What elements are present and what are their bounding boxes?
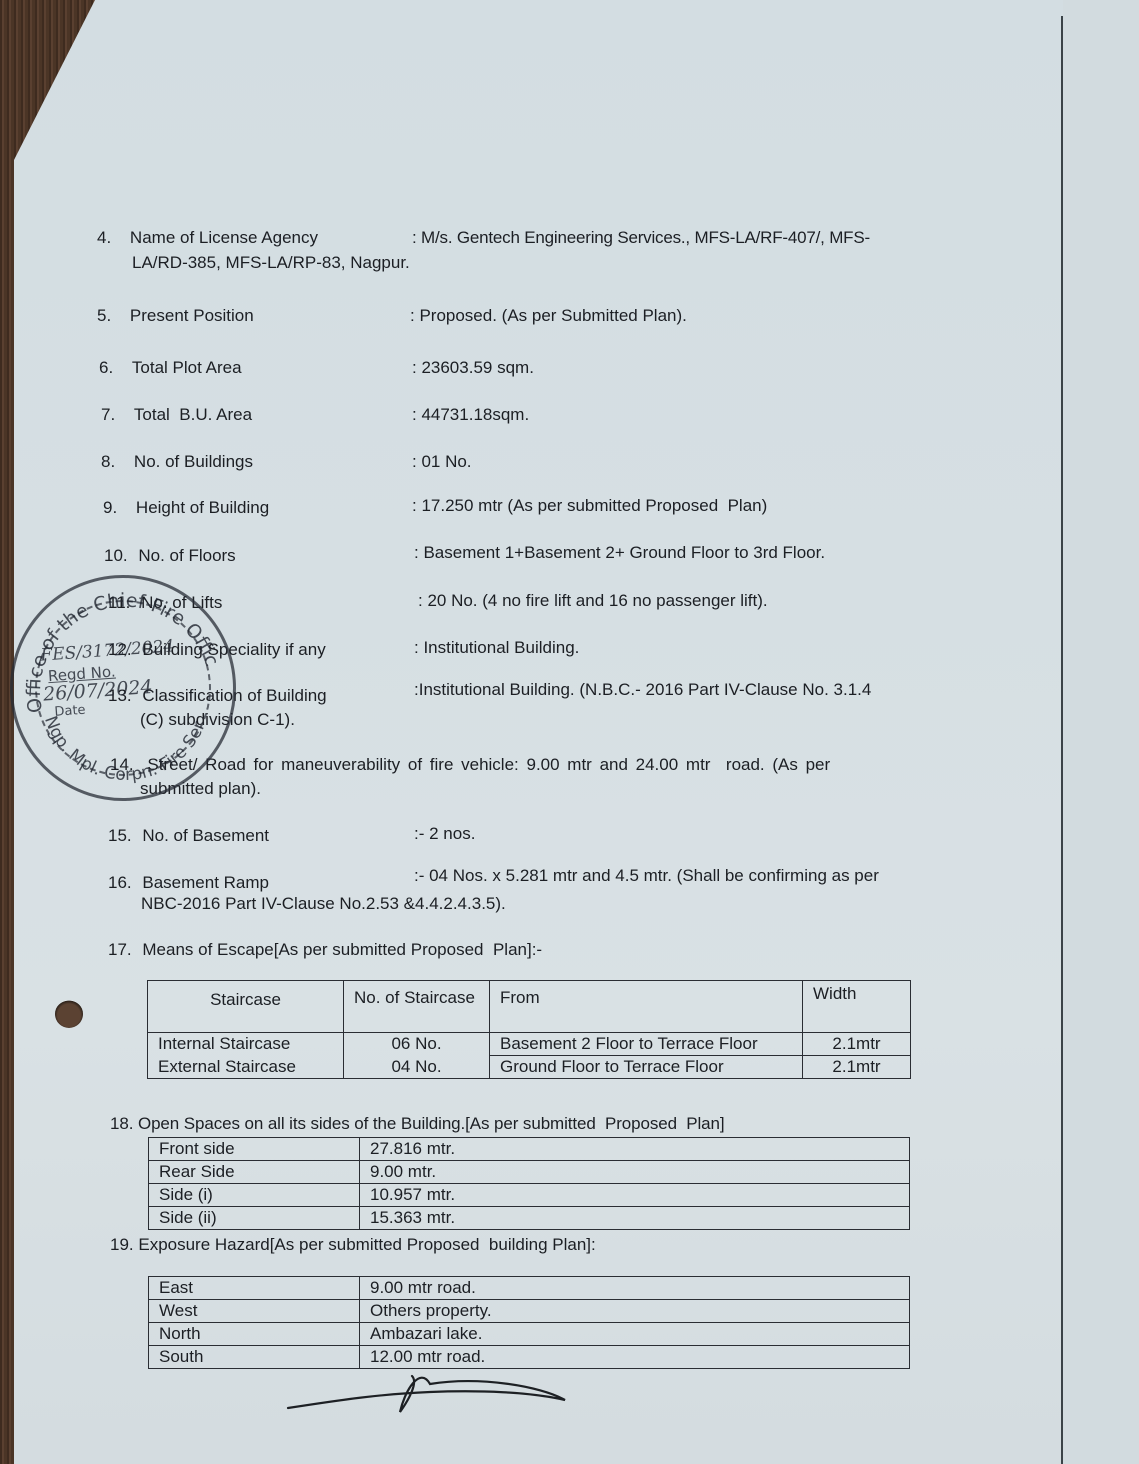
item-value: : 01 No.: [412, 452, 472, 472]
table-cell: 9.00 mtr.: [360, 1161, 910, 1184]
table-cell: 27.816 mtr.: [360, 1138, 910, 1161]
item-value: : 23603.59 sqm.: [412, 358, 534, 378]
table-row: North Ambazari lake.: [149, 1323, 910, 1346]
item-number: 8.: [101, 452, 115, 472]
item-license-agency: 4. Name of License Agency: [97, 228, 318, 248]
table-header: Staircase: [148, 981, 344, 1033]
item-label: Means of Escape[As per submitted Propose…: [142, 940, 542, 960]
table-row: Internal Staircase 06 No. Basement 2 Flo…: [148, 1033, 911, 1056]
table-cell: South: [149, 1346, 360, 1369]
item-value: : 20 No. (4 no fire lift and 16 no passe…: [418, 591, 768, 611]
stamp-date-label: Date: [54, 703, 86, 720]
table-header: From: [490, 981, 803, 1033]
table-cell: Others property.: [360, 1300, 910, 1323]
table-cell: East: [149, 1277, 360, 1300]
item-number: 9.: [103, 498, 117, 518]
item-label: Total B.U. Area: [134, 405, 252, 425]
table-cell: Side (i): [149, 1184, 360, 1207]
item-number: 17.: [108, 940, 132, 960]
table-cell: 15.363 mtr.: [360, 1207, 910, 1230]
item-no-of-floors: 10. No. of Floors: [104, 546, 236, 566]
table-cell: 2.1mtr: [803, 1033, 911, 1056]
item-value-continued: LA/RD-385, MFS-LA/RP-83, Nagpur.: [132, 253, 410, 273]
item-present-position: 5. Present Position: [97, 306, 254, 326]
exposure-hazard-heading: 19. Exposure Hazard[As per submitted Pro…: [110, 1235, 596, 1255]
item-label: No. of Basement: [142, 826, 269, 846]
item-height-of-building: 9. Height of Building: [103, 498, 269, 518]
item-number: 4.: [97, 228, 111, 248]
item-value: :Institutional Building. (N.B.C.- 2016 P…: [414, 680, 871, 700]
item-value: : Institutional Building.: [414, 638, 579, 658]
item-value: : Proposed. (As per Submitted Plan).: [410, 306, 687, 326]
table-header: Width: [803, 981, 911, 1033]
table-cell: Internal Staircase: [148, 1033, 344, 1056]
table-header: No. of Staircase: [344, 981, 490, 1033]
table-row: Side (i) 10.957 mtr.: [149, 1184, 910, 1207]
table-cell: 12.00 mtr road.: [360, 1346, 910, 1369]
item-total-bu-area: 7. Total B.U. Area: [101, 405, 252, 425]
item-number: 16.: [108, 873, 132, 893]
item-number: 10.: [104, 546, 128, 566]
item-total-plot-area: 6. Total Plot Area: [99, 358, 242, 378]
item-value-continued: NBC-2016 Part IV-Clause No.2.53 &4.4.2.4…: [141, 894, 506, 914]
item-value: : Basement 1+Basement 2+ Ground Floor to…: [414, 543, 825, 563]
table-cell: North: [149, 1323, 360, 1346]
table-cell: Front side: [149, 1138, 360, 1161]
item-label: Basement Ramp: [142, 873, 269, 893]
item-value: : 44731.18sqm.: [412, 405, 529, 425]
table-cell: 06 No.: [344, 1033, 490, 1056]
table-row: Side (ii) 15.363 mtr.: [149, 1207, 910, 1230]
item-no-of-basement: 15. No. of Basement: [108, 826, 269, 846]
table-cell: West: [149, 1300, 360, 1323]
table-cell: External Staircase: [148, 1056, 344, 1079]
item-no-of-buildings: 8. No. of Buildings: [101, 452, 253, 472]
item-label: Street/ Road for maneuverability of fire…: [147, 755, 830, 775]
item-label: Height of Building: [136, 498, 269, 518]
item-number: 6.: [99, 358, 113, 378]
exposure-hazard-table: East 9.00 mtr road. West Others property…: [148, 1276, 910, 1369]
table-row: External Staircase 04 No. Ground Floor t…: [148, 1056, 911, 1079]
item-label: No. of Floors: [138, 546, 235, 566]
item-number: 7.: [101, 405, 115, 425]
signature-icon: [280, 1370, 580, 1440]
item-number: 15.: [108, 826, 132, 846]
table-cell: 2.1mtr: [803, 1056, 911, 1079]
item-label: Total Plot Area: [132, 358, 242, 378]
item-value: :- 2 nos.: [414, 824, 475, 844]
item-value: : M/s. Gentech Engineering Services., MF…: [412, 228, 870, 248]
table-cell: 04 No.: [344, 1056, 490, 1079]
item-label: No. of Buildings: [134, 452, 253, 472]
item-number: 5.: [97, 306, 111, 326]
table-row: Rear Side 9.00 mtr.: [149, 1161, 910, 1184]
official-stamp: Office of the Chief Fire Officer Ngp. Mp…: [2, 567, 243, 808]
open-spaces-heading: 18. Open Spaces on all its sides of the …: [110, 1114, 724, 1134]
table-row: West Others property.: [149, 1300, 910, 1323]
table-cell: Rear Side: [149, 1161, 360, 1184]
table-row: Front side 27.816 mtr.: [149, 1138, 910, 1161]
table-cell: Basement 2 Floor to Terrace Floor: [490, 1033, 803, 1056]
table-cell: Side (ii): [149, 1207, 360, 1230]
item-value: : 17.250 mtr (As per submitted Proposed …: [412, 496, 767, 516]
table-cell: Ground Floor to Terrace Floor: [490, 1056, 803, 1079]
item-means-of-escape: 17. Means of Escape[As per submitted Pro…: [108, 940, 542, 960]
means-of-escape-table: Staircase No. of Staircase From Width In…: [147, 980, 911, 1079]
table-row: East 9.00 mtr road.: [149, 1277, 910, 1300]
item-label: Present Position: [130, 306, 254, 326]
table-cell: 9.00 mtr road.: [360, 1277, 910, 1300]
table-cell: Ambazari lake.: [360, 1323, 910, 1346]
item-label: Name of License Agency: [130, 228, 318, 248]
table-header-row: Staircase No. of Staircase From Width: [148, 981, 911, 1033]
item-basement-ramp: 16. Basement Ramp: [108, 873, 269, 893]
table-cell: 10.957 mtr.: [360, 1184, 910, 1207]
item-value: :- 04 Nos. x 5.281 mtr and 4.5 mtr. (Sha…: [414, 866, 879, 886]
table-row: South 12.00 mtr road.: [149, 1346, 910, 1369]
open-spaces-table: Front side 27.816 mtr. Rear Side 9.00 mt…: [148, 1137, 910, 1230]
